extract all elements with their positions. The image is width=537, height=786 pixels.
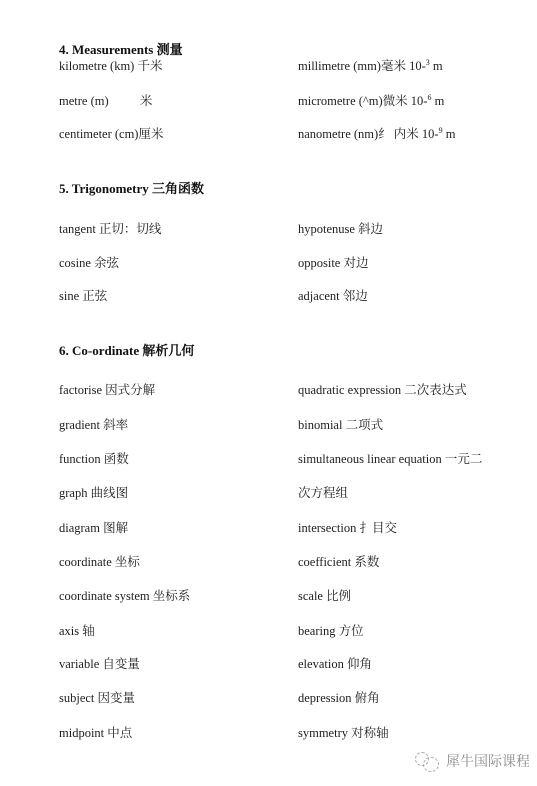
- term-depression: depression 俯角: [298, 688, 380, 706]
- term-simultaneous-linear-equation: simultaneous linear equation 一元二: [298, 449, 482, 467]
- section-heading-coordinate: 6. Co-ordinate 解析几何: [59, 340, 194, 359]
- term-diagram: diagram 图解: [59, 518, 128, 536]
- term-sine: sine 正弦: [59, 286, 107, 304]
- term-coefficient: coefficient 系数: [298, 552, 379, 570]
- term-coordinate-system: coordinate system 坐标系: [59, 586, 190, 604]
- term-axis: axis 轴: [59, 621, 95, 639]
- term-binomial: binomial 二项式: [298, 415, 383, 433]
- term-subject: subject 因变量: [59, 688, 135, 706]
- term-adjacent: adjacent 邻边: [298, 286, 368, 304]
- term-graph: graph 曲线图: [59, 483, 128, 501]
- term-coordinate: coordinate 坐标: [59, 552, 140, 570]
- term-micrometre: micrometre (^m)微米 10-6 m: [298, 91, 444, 109]
- term-cosine: cosine 余弦: [59, 253, 119, 271]
- term-centimeter: centimeter (cm)厘米: [59, 124, 163, 142]
- section-heading-trigonometry: 5. Trigonometry 三角函数: [59, 178, 204, 197]
- term-midpoint: midpoint 中点: [59, 723, 132, 741]
- term-variable: variable 自变量: [59, 654, 140, 672]
- term-intersection: intersection 扌目交: [298, 518, 397, 536]
- term-kilometre: kilometre (km) 千米: [59, 56, 162, 74]
- watermark: 犀牛国际课程: [414, 750, 530, 772]
- term-symmetry: symmetry 对称轴: [298, 723, 389, 741]
- term-elevation: elevation 仰角: [298, 654, 372, 672]
- term-hypotenuse: hypotenuse 斜边: [298, 219, 383, 237]
- term-opposite: opposite 对边: [298, 253, 368, 271]
- term-factorise: factorise 因式分解: [59, 380, 155, 398]
- term-scale: scale 比例: [298, 586, 351, 604]
- term-function: function 函数: [59, 449, 129, 467]
- term-millimetre: millimetre (mm)毫米 10-3 m: [298, 56, 443, 74]
- term-metre: metre (m) 米: [59, 91, 152, 109]
- term-quadratic-expression: quadratic expression 二次表达式: [298, 380, 467, 398]
- term-bearing: bearing 方位: [298, 621, 364, 639]
- term-simultaneous-continuation: 次方程组: [298, 483, 348, 501]
- term-gradient: gradient 斜率: [59, 415, 128, 433]
- wechat-icon: [414, 750, 440, 772]
- term-tangent: tangent 正切：切线: [59, 219, 161, 237]
- term-nanometre: nanometre (nm)纟 内米 10-9 m: [298, 124, 455, 142]
- watermark-text: 犀牛国际课程: [446, 751, 530, 771]
